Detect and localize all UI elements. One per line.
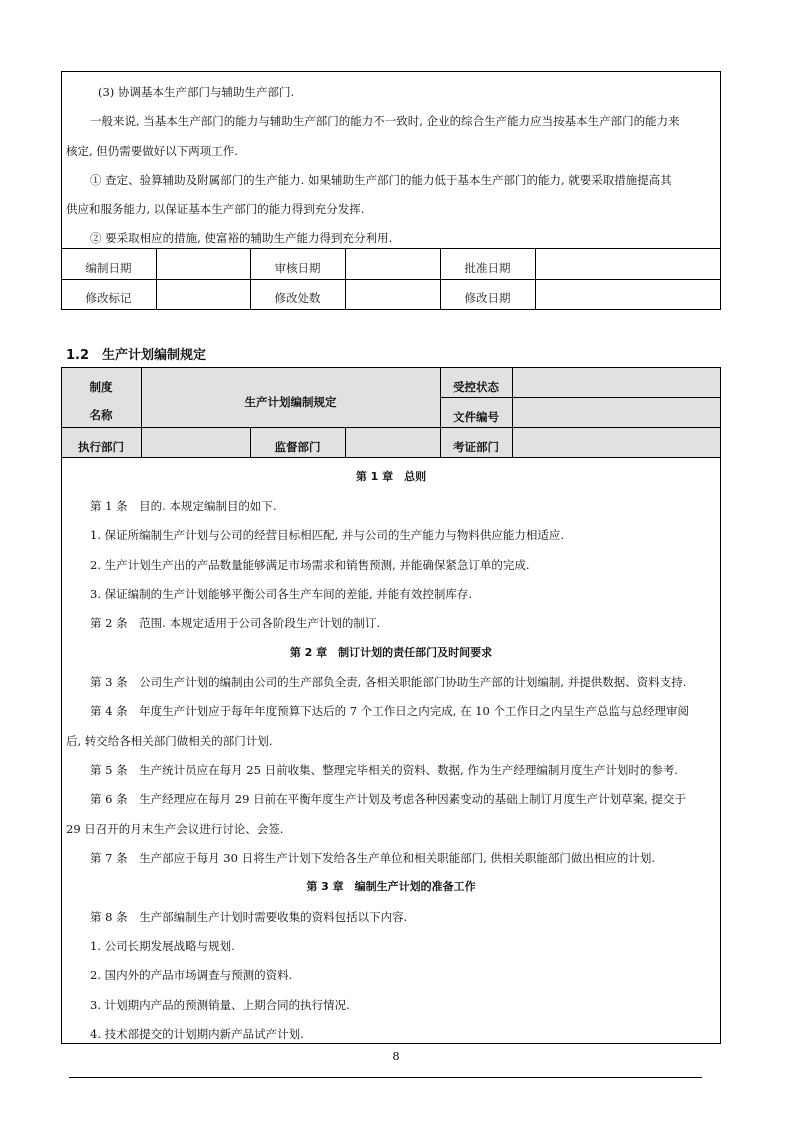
body-paragraph: 一般来说, 当基本生产部门的能力与辅助生产部门的能力不一致时, 企业的综合生产能…: [90, 114, 680, 128]
article: 第 3 条 公司生产计划的编制由公司的生产部负全责, 各相关职能部门协助生产部的…: [90, 675, 686, 689]
article: 第 1 条 目的. 本规定编制目的如下.: [90, 499, 277, 513]
body-paragraph: 供应和服务能力, 以保证基本生产部门的能力得到充分发挥.: [66, 202, 364, 216]
continuation-table: [61, 71, 721, 310]
verify-dept-label: 考证部门: [440, 440, 512, 454]
revision-date-label: 修改日期: [440, 291, 535, 305]
body-paragraph: (3) 协调基本生产部门与辅助生产部门.: [98, 85, 294, 99]
regulation-name-label: 制度: [61, 380, 141, 394]
article: 第 5 条 生产统计员应在每月 25 日前收集、整理完毕相关的资料、数据, 作为…: [90, 763, 678, 777]
table-divider: [61, 279, 721, 280]
body-paragraph: ① 查定、验算辅助及附属部门的生产能力. 如果辅助生产部门的能力低于基本生产部门…: [90, 173, 672, 187]
revision-count-label: 修改处数: [250, 291, 345, 305]
table-divider: [141, 367, 142, 458]
table-divider: [61, 248, 721, 249]
footer-rule: [69, 1077, 702, 1078]
list-item: 3. 计划期内产品的预测销量、上期合同的执行情况.: [90, 998, 350, 1012]
article: 第 2 条 范围. 本规定适用于公司各阶段生产计划的制订.: [90, 616, 380, 630]
table-divider: [440, 397, 721, 398]
article-continuation: 后, 转交给各相关部门做相关的部门计划.: [66, 734, 272, 748]
body-paragraph: 核定, 但仍需要做好以下两项工作.: [66, 144, 238, 158]
section-heading: 1.2 生产计划编制规定: [66, 349, 206, 363]
compile-date-label: 编制日期: [61, 261, 156, 275]
approve-date-label: 批准日期: [440, 261, 535, 275]
article: 第 7 条 生产部应于每月 30 日将生产计划下发给各生产单位和相关职能部门, …: [90, 851, 655, 865]
list-item: 3. 保证编制的生产计划能够平衡公司各生产车间的差能, 并能有效控制库存.: [90, 587, 472, 601]
article: 第 6 条 生产经理应在每月 29 日前在平衡年度生产计划及考虑各种因素变动的基…: [90, 792, 686, 806]
chapter-heading: 第 3 章 编制生产计划的准备工作: [61, 880, 721, 894]
review-date-label: 审核日期: [250, 261, 345, 275]
table-divider: [61, 457, 721, 458]
table-divider: [61, 427, 721, 428]
table-divider: [512, 367, 513, 458]
page-number: 8: [376, 1049, 416, 1063]
revision-mark-label: 修改标记: [61, 291, 156, 305]
article: 第 4 条 年度生产计划应于每年年度预算下达后的 7 个工作日之内完成, 在 1…: [90, 704, 689, 718]
list-item: 4. 技术部提交的计划期内新产品试产计划.: [90, 1027, 304, 1041]
body-paragraph: ② 要采取相应的措施, 使富裕的辅助生产能力得到充分利用.: [90, 231, 392, 245]
table-divider: [535, 248, 536, 310]
table-divider: [345, 427, 346, 458]
list-item: 2. 国内外的产品市场调查与预测的资料.: [90, 968, 292, 982]
article-continuation: 29 日召开的月末生产会议进行讨论、会签.: [66, 822, 283, 836]
exec-dept-label: 执行部门: [61, 440, 141, 454]
table-divider: [345, 248, 346, 310]
control-status-label: 受控状态: [440, 380, 512, 394]
list-item: 2. 生产计划生产出的产品数量能够满足市场需求和销售预测, 并能确保紧急订单的完…: [90, 558, 530, 572]
file-number-label: 文件编号: [440, 410, 512, 424]
regulation-name-value: 生产计划编制规定: [141, 395, 440, 409]
supervise-dept-label: 监督部门: [250, 440, 345, 454]
table-divider: [156, 248, 157, 310]
chapter-heading: 第 1 章 总则: [61, 470, 721, 484]
list-item: 1. 公司长期发展战略与规划.: [90, 939, 235, 953]
regulation-name-label: 名称: [61, 408, 141, 422]
article: 第 8 条 生产部编制生产计划时需要收集的资料包括以下内容.: [90, 910, 407, 924]
list-item: 1. 保证所编制生产计划与公司的经营目标相匹配, 并与公司的生产能力与物料供应能…: [90, 528, 564, 542]
chapter-heading: 第 2 章 制订计划的责任部门及时间要求: [61, 646, 721, 660]
